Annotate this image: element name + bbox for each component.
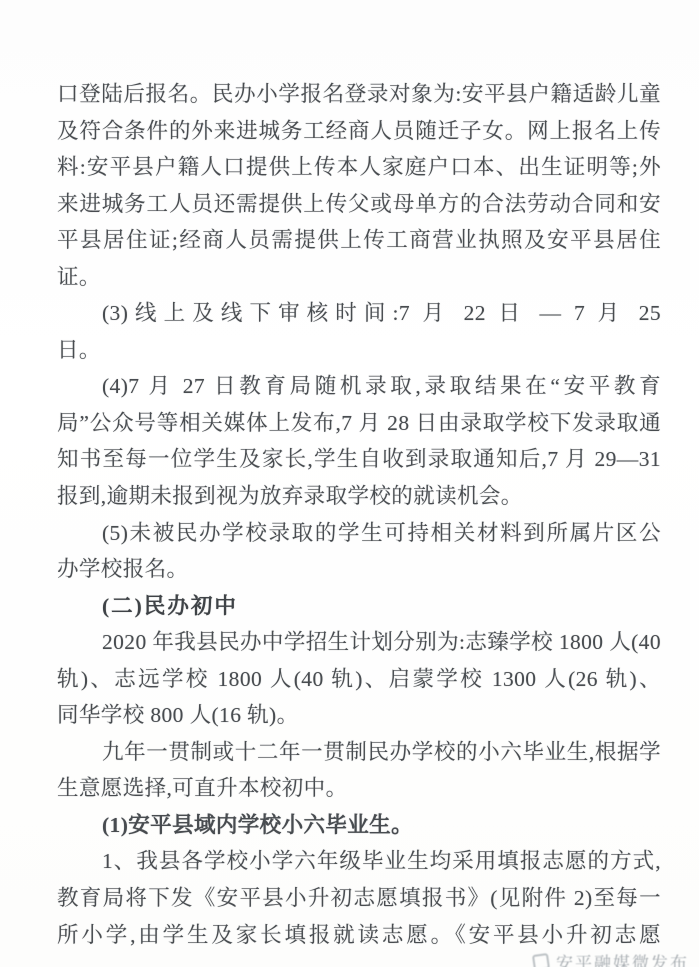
document-line: 教育局将下发《安平县小升初志愿填报书》(见附件 2)至每一 <box>57 880 661 917</box>
document-line: 及符合条件的外来进城务工经商人员随迁子女。网上报名上传材 <box>57 113 661 150</box>
watermark-logo-icon <box>532 952 550 967</box>
document-line: 所小学,由学生及家长填报就读志愿。《安平县小升初志愿 <box>57 917 661 954</box>
scanned-page: 口登陆后报名。民办小学报名登录对象为:安平县户籍适龄儿童 及符合条件的外来进城务… <box>0 0 699 967</box>
document-line: 来进城务工人员还需提供上传父或母单方的合法劳动合同和安 <box>57 186 661 223</box>
sub-section-heading: (1)安平县域内学校小六毕业生。 <box>57 807 661 844</box>
document-line: (3)线上及线下审核时间:7 月 22 日 — 7 月 25 <box>57 295 661 332</box>
document-line: 同华学校 800 人(16 轨)。 <box>57 697 661 734</box>
document-line: 九年一贯制或十二年一贯制民办学校的小六毕业生,根据学 <box>57 734 661 771</box>
document-line: 局”公众号等相关媒体上发布,7 月 28 日由录取学校下发录取通 <box>57 405 661 442</box>
document-line: 办学校报名。 <box>57 551 661 588</box>
document-line: 知书至每一位学生及家长,学生自收到录取通知后,7 月 29—31 <box>57 441 661 478</box>
document-line: 口登陆后报名。民办小学报名登录对象为:安平县户籍适龄儿童 <box>57 76 661 113</box>
document-line: 平县居住证;经商人员需提供上传工商营业执照及安平县居住 <box>57 222 661 259</box>
section-heading: (二)民办初中 <box>57 588 661 625</box>
document-line: 证。 <box>57 259 661 296</box>
document-line: 报到,逾期未报到视为放弃录取学校的就读机会。 <box>57 478 661 515</box>
document-line: 料:安平县户籍人口提供上传本人家庭户口本、出生证明等;外 <box>57 149 661 186</box>
document-body: 口登陆后报名。民办小学报名登录对象为:安平县户籍适龄儿童 及符合条件的外来进城务… <box>57 76 661 953</box>
document-line: (5)未被民办学校录取的学生可持相关材料到所属片区公 <box>57 515 661 552</box>
document-line: 轨)、志远学校 1800 人(40 轨)、启蒙学校 1300 人(26 轨)、 <box>57 661 661 698</box>
document-line: 日。 <box>57 332 661 369</box>
document-line: 1、我县各学校小学六年级毕业生均采用填报志愿的方式, <box>57 843 661 880</box>
watermark: 安平融媒微发布 <box>533 949 689 967</box>
watermark-text: 安平融媒微发布 <box>556 949 689 967</box>
document-line: 生意愿选择,可直升本校初中。 <box>57 770 661 807</box>
document-line: (4)7 月 27 日教育局随机录取,录取结果在“安平教育 <box>57 368 661 405</box>
document-line: 2020 年我县民办中学招生计划分别为:志臻学校 1800 人(40 <box>57 624 661 661</box>
